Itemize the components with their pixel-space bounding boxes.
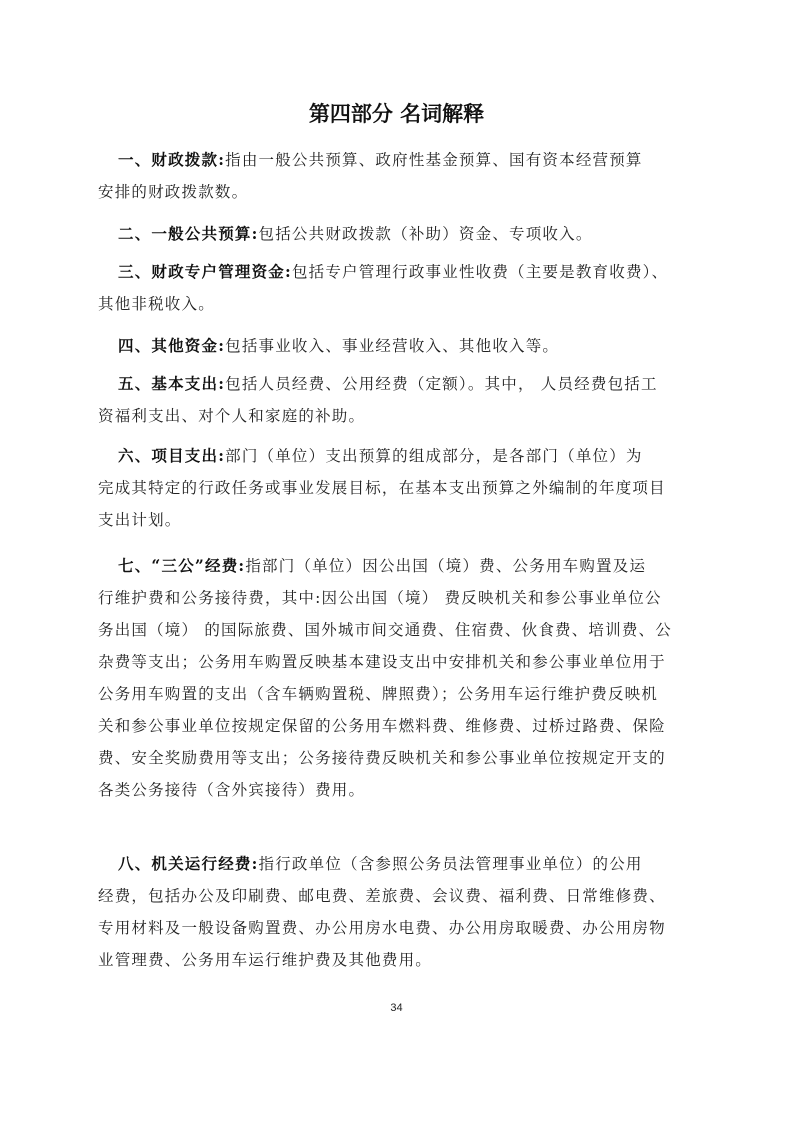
- definition-general-public-budget: 二、一般公共预算:包括公共财政拨款（补助）资金、专项收入。: [108, 218, 708, 250]
- term-label: 八、机关运行经费:: [118, 854, 259, 873]
- term-label: 六、项目支出:: [118, 446, 225, 465]
- term-label: 三、财政专户管理资金:: [118, 262, 292, 281]
- definition-special-account-funds: 三、财政专户管理资金:包括专户管理行政事业性收费（主要是教育收费）、 其他非税收…: [108, 256, 708, 320]
- definition-three-public-expenses: 七、“三公”经费:指部门（单位）因公出国（境）费、公务用车购置及运 行维护费和公…: [108, 550, 708, 806]
- term-label: 七、“三公”经费:: [118, 556, 245, 575]
- definition-agency-operating-costs: 八、机关运行经费:指行政单位（含参照公务员法管理事业单位）的公用 经费，包括办公…: [108, 848, 708, 976]
- definition-project-expenditure: 六、项目支出:部门（单位）支出预算的组成部分，是各部门（单位）为 完成其特定的行…: [108, 440, 708, 536]
- term-label: 五、基本支出:: [118, 374, 225, 393]
- definition-fiscal-appropriation: 一、财政拨款:指由一般公共预算、政府性基金预算、国有资本经营预算 安排的财政拨款…: [108, 144, 708, 208]
- term-label: 四、其他资金:: [118, 336, 225, 355]
- page-title: 第四部分 名词解释: [0, 98, 793, 128]
- term-label: 一、财政拨款:: [118, 150, 225, 169]
- definition-other-funds: 四、其他资金:包括事业收入、事业经营收入、其他收入等。: [108, 330, 708, 362]
- definition-basic-expenditure: 五、基本支出:包括人员经费、公用经费（定额）。其中， 人员经费包括工 资福利支出…: [108, 368, 708, 432]
- page-number: 34: [0, 1002, 793, 1014]
- term-label: 二、一般公共预算:: [118, 224, 259, 243]
